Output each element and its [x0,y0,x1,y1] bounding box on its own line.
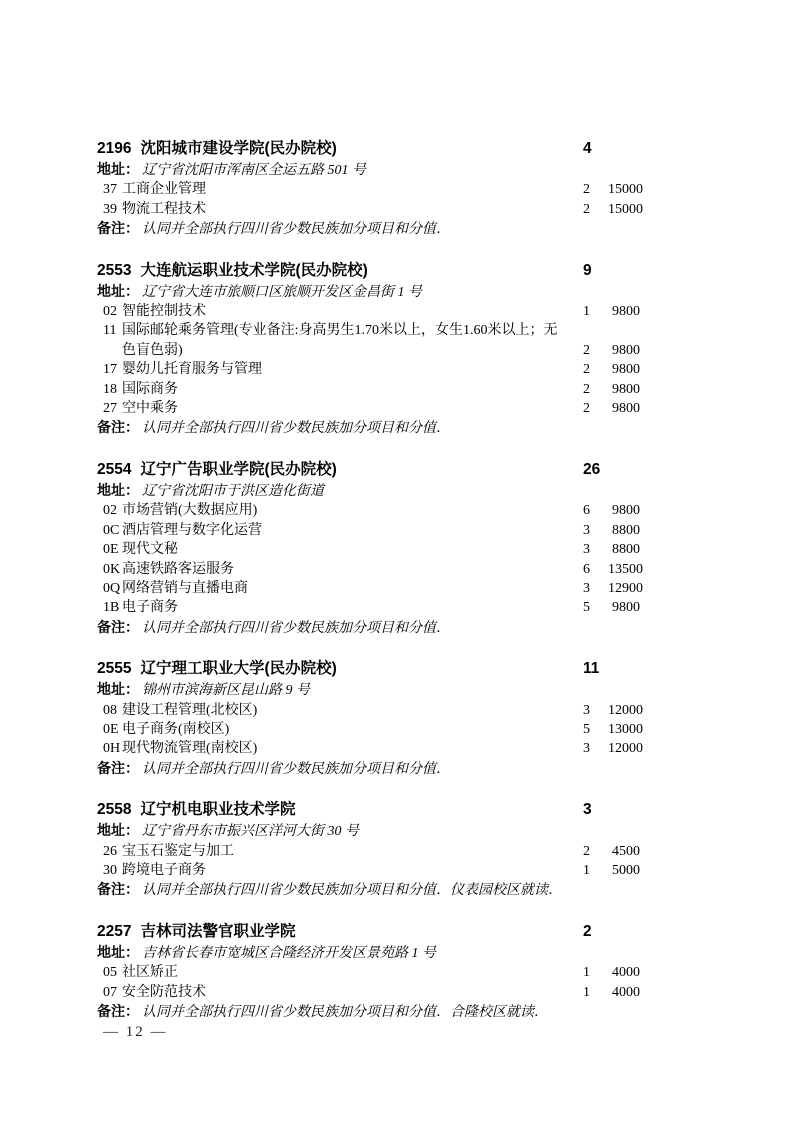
major-row: 37 工商企业管理 2 15000 [97,180,640,199]
major-count: 1 [583,963,608,982]
school-name: 吉林司法警官职业学院 [140,922,295,942]
address-row: 地址：辽宁省沈阳市浑南区全运五路 501 号 [97,160,640,180]
major-count: 3 [583,701,608,720]
major-fee: 15000 [608,200,643,219]
note-row: 备注：认同并全部执行四川省少数民族加分项目和分值． [97,219,640,239]
major-code: 02 [103,302,122,321]
major-count: 3 [583,540,608,559]
address-label: 地址： [97,681,139,697]
school-code: 2257 [97,922,131,942]
note-label: 备注： [97,419,139,435]
note-text: 认同并全部执行四川省少数民族加分项目和分值． [142,621,450,636]
school-title: 2558 辽宁机电职业技术学院 [97,800,583,820]
major-code: 37 [103,180,122,199]
major-name: 电子商务(南校区) [122,720,558,739]
note-label: 备注： [97,881,139,897]
school-title: 2257 吉林司法警官职业学院 [97,922,583,942]
note-text: 认同并全部执行四川省少数民族加分项目和分值． [142,421,450,436]
major-code: 0E [103,720,122,739]
major-code: 39 [103,200,122,219]
major-count: 3 [583,521,608,540]
major-row: 08 建设工程管理(北校区) 3 12000 [97,701,640,720]
school-header: 2257 吉林司法警官职业学院 2 [97,922,640,942]
major-count: 1 [583,983,608,1002]
note-label: 备注： [97,1003,139,1019]
major-count: 5 [583,598,608,617]
note-label: 备注： [97,220,139,236]
major-fee: 15000 [608,180,643,199]
major-code: 0Q [103,579,122,598]
major-count: 2 [583,842,608,861]
major-name: 跨境电子商务 [122,861,558,880]
note-row: 备注：认同并全部执行四川省少数民族加分项目和分值．合隆校区就读． [97,1002,640,1022]
major-fee: 12000 [608,739,643,758]
school-header: 2555 辽宁理工职业大学(民办院校) 11 [97,659,640,679]
major-row: 0K 高速铁路客运服务 6 13500 [97,560,640,579]
major-name: 工商企业管理 [122,180,558,199]
school-block: 2555 辽宁理工职业大学(民办院校) 11 地址：锦州市滨海新区昆山路 9 号… [97,659,640,779]
school-total-count: 4 [583,139,640,159]
major-count: 2 [583,200,608,219]
major-fee: 8800 [608,540,640,559]
major-name: 现代文秘 [122,540,558,559]
major-name: 婴幼儿托育服务与管理 [122,360,558,379]
major-row: 05 社区矫正 1 4000 [97,963,640,982]
note-label: 备注： [97,619,139,635]
address-row: 地址：辽宁省沈阳市于洪区造化街道 [97,481,640,501]
major-code: 27 [103,399,122,418]
major-fee: 13000 [608,720,643,739]
major-name: 物流工程技术 [122,200,558,219]
school-name: 大连航运职业技术学院(民办院校) [140,261,367,281]
major-count: 1 [583,861,608,880]
major-count: 2 [583,360,608,379]
major-row: 0E 现代文秘 3 8800 [97,540,640,559]
major-code: 1B [103,598,122,617]
school-total-count: 3 [583,800,640,820]
note-text: 认同并全部执行四川省少数民族加分项目和分值． [142,222,450,237]
major-count: 5 [583,720,608,739]
major-name: 智能控制技术 [122,302,558,321]
major-code: 0C [103,521,122,540]
school-code: 2555 [97,659,131,679]
major-name: 现代物流管理(南校区) [122,739,558,758]
address-text: 辽宁省沈阳市浑南区全运五路 501 号 [142,163,366,178]
major-code: 18 [103,380,122,399]
address-row: 地址：吉林省长春市宽城区合隆经济开发区景苑路 1 号 [97,943,640,963]
major-fee: 13500 [608,560,643,579]
major-name: 国际商务 [122,380,558,399]
major-code: 17 [103,360,122,379]
major-row: 17 婴幼儿托育服务与管理 2 9800 [97,360,640,379]
major-name: 安全防范技术 [122,983,558,1002]
school-block: 2196 沈阳城市建设学院(民办院校) 4 地址：辽宁省沈阳市浑南区全运五路 5… [97,139,640,240]
major-code: 30 [103,861,122,880]
school-block: 2257 吉林司法警官职业学院 2 地址：吉林省长春市宽城区合隆经济开发区景苑路… [97,922,640,1023]
major-count: 1 [583,302,608,321]
major-fee: 4000 [608,983,640,1002]
major-name: 市场营销(大数据应用) [122,501,558,520]
school-header: 2196 沈阳城市建设学院(民办院校) 4 [97,139,640,159]
school-code: 2553 [97,261,131,281]
major-code: 08 [103,701,122,720]
address-row: 地址：辽宁省丹东市振兴区洋河大街 30 号 [97,821,640,841]
major-name: 网络营销与直播电商 [122,579,558,598]
major-fee: 9800 [608,399,640,418]
major-fee: 12000 [608,701,643,720]
school-name: 辽宁机电职业技术学院 [140,800,295,820]
address-text: 锦州市滨海新区昆山路 9 号 [142,683,310,698]
school-title: 2555 辽宁理工职业大学(民办院校) [97,659,583,679]
school-code: 2558 [97,800,131,820]
major-row: 26 宝玉石鉴定与加工 2 4500 [97,842,640,861]
page-number: — 12 — [103,1024,168,1041]
address-label: 地址： [97,944,139,960]
school-name: 辽宁理工职业大学(民办院校) [140,659,336,679]
major-code: 11 [103,321,122,340]
major-row: 0Q 网络营销与直播电商 3 12900 [97,579,640,598]
major-fee: 9800 [608,360,640,379]
major-row: 02 市场营销(大数据应用) 6 9800 [97,501,640,520]
major-name: 宝玉石鉴定与加工 [122,842,558,861]
major-fee: 9800 [608,598,640,617]
major-fee: 9800 [608,341,640,360]
note-text: 认同并全部执行四川省少数民族加分项目和分值．合隆校区就读． [142,1005,548,1020]
address-label: 地址： [97,822,139,838]
note-label: 备注： [97,760,139,776]
major-row: 27 空中乘务 2 9800 [97,399,640,418]
major-code: 26 [103,842,122,861]
major-count: 2 [583,180,608,199]
major-name: 电子商务 [122,598,558,617]
note-row: 备注：认同并全部执行四川省少数民族加分项目和分值． [97,418,640,438]
major-name: 建设工程管理(北校区) [122,701,558,720]
major-fee: 5000 [608,861,640,880]
note-text: 认同并全部执行四川省少数民族加分项目和分值． [142,762,450,777]
major-count: 6 [583,560,608,579]
major-row: 30 跨境电子商务 1 5000 [97,861,640,880]
major-code: 07 [103,983,122,1002]
major-code: 0H [103,739,122,758]
major-fee: 4500 [608,842,640,861]
school-total-count: 9 [583,261,640,281]
school-name: 沈阳城市建设学院(民办院校) [140,139,336,159]
school-header: 2554 辽宁广告职业学院(民办院校) 26 [97,460,640,480]
address-text: 吉林省长春市宽城区合隆经济开发区景苑路 1 号 [142,946,436,961]
major-count: 2 [583,399,608,418]
school-block: 2554 辽宁广告职业学院(民办院校) 26 地址：辽宁省沈阳市于洪区造化街道 … [97,460,640,638]
school-total-count: 2 [583,922,640,942]
school-header: 2553 大连航运职业技术学院(民办院校) 9 [97,261,640,281]
major-count: 2 [583,341,608,360]
major-count: 3 [583,579,608,598]
address-text: 辽宁省丹东市振兴区洋河大街 30 号 [142,824,359,839]
address-label: 地址： [97,283,139,299]
note-row: 备注：认同并全部执行四川省少数民族加分项目和分值． [97,759,640,779]
school-title: 2554 辽宁广告职业学院(民办院校) [97,460,583,480]
school-list: 2196 沈阳城市建设学院(民办院校) 4 地址：辽宁省沈阳市浑南区全运五路 5… [97,139,640,1022]
major-row: 11 国际邮轮乘务管理(专业备注:身高男生1.70米以上，女生1.60米以上；无… [97,321,640,360]
major-fee: 12900 [608,579,643,598]
address-row: 地址：锦州市滨海新区昆山路 9 号 [97,680,640,700]
major-name: 国际邮轮乘务管理(专业备注:身高男生1.70米以上，女生1.60米以上；无色盲色… [122,321,558,360]
school-title: 2553 大连航运职业技术学院(民办院校) [97,261,583,281]
school-code: 2196 [97,139,131,159]
note-row: 备注：认同并全部执行四川省少数民族加分项目和分值．仪表园校区就读． [97,880,640,900]
address-text: 辽宁省沈阳市于洪区造化街道 [142,484,324,499]
major-row: 07 安全防范技术 1 4000 [97,983,640,1002]
school-total-count: 11 [583,659,640,679]
major-name: 空中乘务 [122,399,558,418]
address-label: 地址： [97,482,139,498]
school-block: 2553 大连航运职业技术学院(民办院校) 9 地址：辽宁省大连市旅顺口区旅顺开… [97,261,640,439]
major-count: 3 [583,739,608,758]
school-name: 辽宁广告职业学院(民办院校) [140,460,336,480]
major-code: 0K [103,560,122,579]
document-page: 2196 沈阳城市建设学院(民办院校) 4 地址：辽宁省沈阳市浑南区全运五路 5… [0,0,794,1123]
school-title: 2196 沈阳城市建设学院(民办院校) [97,139,583,159]
major-row: 0E 电子商务(南校区) 5 13000 [97,720,640,739]
major-fee: 8800 [608,521,640,540]
major-name: 酒店管理与数字化运营 [122,521,558,540]
school-code: 2554 [97,460,131,480]
major-name: 社区矫正 [122,963,558,982]
major-name: 高速铁路客运服务 [122,560,558,579]
major-fee: 9800 [608,302,640,321]
note-text: 认同并全部执行四川省少数民族加分项目和分值．仪表园校区就读． [142,883,562,898]
address-row: 地址：辽宁省大连市旅顺口区旅顺开发区金昌街 1 号 [97,282,640,302]
major-fee: 4000 [608,963,640,982]
major-code: 0E [103,540,122,559]
major-row: 02 智能控制技术 1 9800 [97,302,640,321]
major-code: 02 [103,501,122,520]
major-row: 0C 酒店管理与数字化运营 3 8800 [97,521,640,540]
address-text: 辽宁省大连市旅顺口区旅顺开发区金昌街 1 号 [142,285,422,300]
major-count: 6 [583,501,608,520]
major-row: 39 物流工程技术 2 15000 [97,200,640,219]
major-fee: 9800 [608,380,640,399]
major-row: 1B 电子商务 5 9800 [97,598,640,617]
school-total-count: 26 [583,460,640,480]
major-code: 05 [103,963,122,982]
major-row: 0H 现代物流管理(南校区) 3 12000 [97,739,640,758]
note-row: 备注：认同并全部执行四川省少数民族加分项目和分值． [97,618,640,638]
major-fee: 9800 [608,501,640,520]
major-row: 18 国际商务 2 9800 [97,380,640,399]
address-label: 地址： [97,161,139,177]
school-header: 2558 辽宁机电职业技术学院 3 [97,800,640,820]
school-block: 2558 辽宁机电职业技术学院 3 地址：辽宁省丹东市振兴区洋河大街 30 号 … [97,800,640,901]
major-count: 2 [583,380,608,399]
